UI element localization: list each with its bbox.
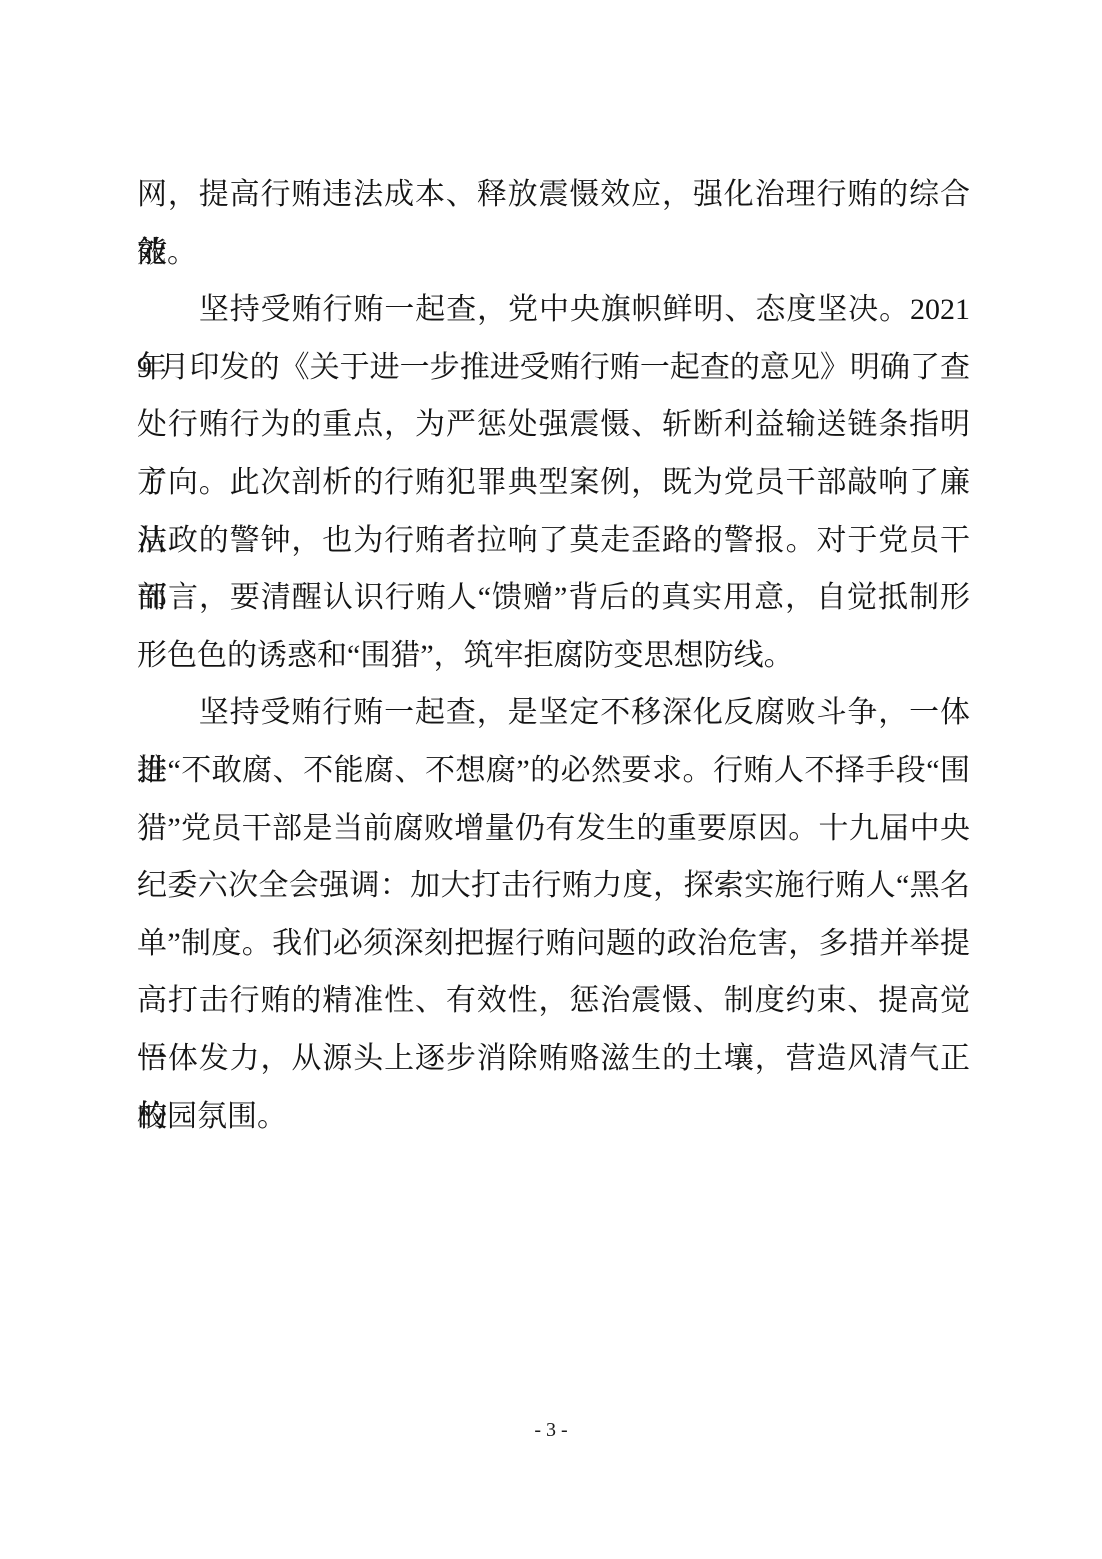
text-line: 方向。此次剖析的行贿犯罪典型案例，既为党员干部敲响了廉洁 (137, 454, 970, 512)
text-line: 而言，要清醒认识行贿人“馈赠”背后的真实用意，自觉抵制形 (137, 569, 970, 627)
text-line: 网，提高行贿违法成本、释放震慑效应，强化治理行贿的综合效 (137, 166, 970, 224)
document-page: 网，提高行贿违法成本、释放震慑效应，强化治理行贿的综合效能。 坚持受贿行贿一起查… (0, 0, 1102, 1559)
text-line: 坚持受贿行贿一起查，党中央旗帜鲜明、态度坚决。2021 年 (137, 281, 970, 339)
text-line: 一体发力，从源头上逐步消除贿赂滋生的土壤，营造风清气正的 (137, 1030, 970, 1088)
text-line: 纪委六次全会强调：加大打击行贿力度，探索实施行贿人“黑名 (137, 857, 970, 915)
document-body: 网，提高行贿违法成本、释放震慑效应，强化治理行贿的综合效能。 坚持受贿行贿一起查… (137, 166, 970, 1145)
text-line: 进“不敢腐、不能腐、不想腐”的必然要求。行贿人不择手段“围 (137, 742, 970, 800)
text-line: 处行贿行为的重点，为严惩处强震慑、斩断利益输送链条指明了 (137, 396, 970, 454)
text-line: 从政的警钟，也为行贿者拉响了莫走歪路的警报。对于党员干部 (137, 512, 970, 570)
text-line: 猎”党员干部是当前腐败增量仍有发生的重要原因。十九届中央 (137, 800, 970, 858)
text-line: 9 月印发的《关于进一步推进受贿行贿一起查的意见》明确了查 (137, 339, 970, 397)
text-line: 单”制度。我们必须深刻把握行贿问题的政治危害，多措并举提 (137, 915, 970, 973)
page-number: - 3 - (534, 1419, 567, 1441)
page-footer: - 3 - (0, 1416, 1102, 1444)
text-line: 坚持受贿行贿一起查，是坚定不移深化反腐败斗争，一体推 (137, 684, 970, 742)
text-line: 高打击行贿的精准性、有效性，惩治震慑、制度约束、提高觉悟 (137, 972, 970, 1030)
text-line: 校园氛围。 (137, 1088, 970, 1146)
text-line: 形色色的诱惑和“围猎”，筑牢拒腐防变思想防线。 (137, 627, 970, 685)
text-line: 能。 (137, 224, 970, 282)
